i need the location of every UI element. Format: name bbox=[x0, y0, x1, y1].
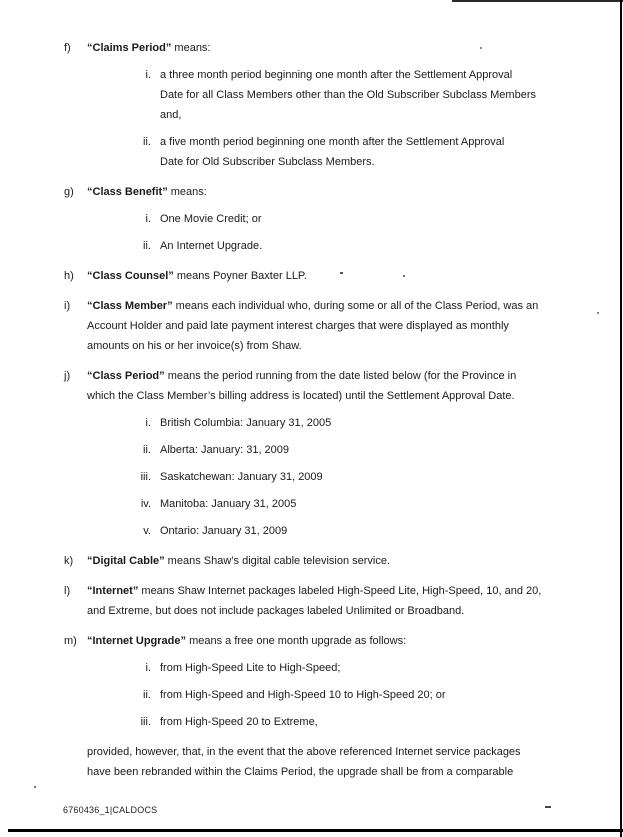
sub-item-text: An Internet Upgrade. bbox=[160, 236, 262, 256]
item-label: k) bbox=[64, 551, 87, 571]
sub-item: i. British Columbia: January 31, 2005 bbox=[87, 413, 607, 433]
sub-item-text: Ontario: January 31, 2009 bbox=[160, 521, 287, 541]
definition-item-f: f) “Claims Period” means: i. a three mon… bbox=[0, 38, 623, 172]
sub-item-numeral: ii. bbox=[87, 685, 151, 705]
sub-item: i. from High-Speed Lite to High-Speed; bbox=[87, 658, 607, 678]
item-label: h) bbox=[64, 266, 87, 286]
scan-border-top bbox=[452, 0, 623, 2]
scan-border-bottom bbox=[8, 829, 623, 832]
item-label: g) bbox=[64, 182, 87, 256]
definition-item-m: m) “Internet Upgrade” means a free one m… bbox=[0, 631, 623, 782]
sub-item: iii. Saskatchewan: January 31, 2009 bbox=[87, 467, 607, 487]
sub-item-text: British Columbia: January 31, 2005 bbox=[160, 413, 331, 433]
definition-head: “Class Counsel” means Poyner Baxter LLP. bbox=[87, 266, 607, 286]
defined-term: “Class Counsel” bbox=[87, 270, 174, 282]
item-body: “Internet” means Shaw Internet packages … bbox=[87, 581, 607, 621]
definition-item-k: k) “Digital Cable” means Shaw’s digital … bbox=[0, 551, 623, 571]
sub-item-numeral: iv. bbox=[87, 494, 151, 514]
defined-term: “Class Member” bbox=[87, 300, 173, 312]
item-label: m) bbox=[64, 631, 87, 782]
defined-term: “Digital Cable” bbox=[87, 555, 165, 567]
sub-item-text: from High-Speed 20 to Extreme, bbox=[160, 712, 318, 732]
definition-item-i: i) “Class Member” means each individual … bbox=[0, 296, 623, 356]
sub-item-numeral: i. bbox=[87, 65, 151, 125]
sub-item: v. Ontario: January 31, 2009 bbox=[87, 521, 607, 541]
definition-head: “Class Member” means each individual who… bbox=[87, 296, 607, 356]
scanned-document-page: f) “Claims Period” means: i. a three mon… bbox=[0, 0, 623, 837]
item-body: “Class Benefit” means: i. One Movie Cred… bbox=[87, 182, 607, 256]
sub-item: ii. from High-Speed and High-Speed 10 to… bbox=[87, 685, 607, 705]
item-label: l) bbox=[64, 581, 87, 621]
sub-item-text: a five month period beginning one month … bbox=[160, 132, 504, 172]
item-body: “Class Member” means each individual who… bbox=[87, 296, 607, 356]
sub-item-numeral: ii. bbox=[87, 132, 151, 172]
sub-item: i. One Movie Credit; or bbox=[87, 209, 607, 229]
sub-item-numeral: i. bbox=[87, 209, 151, 229]
item-body: “Digital Cable” means Shaw’s digital cab… bbox=[87, 551, 607, 571]
item-body: “Class Period” means the period running … bbox=[87, 366, 607, 541]
sub-item-text: a three month period beginning one month… bbox=[160, 65, 536, 125]
defined-term: “Class Benefit” bbox=[87, 186, 168, 198]
sub-item: iii. from High-Speed 20 to Extreme, bbox=[87, 712, 607, 732]
definition-text: means: bbox=[168, 186, 207, 198]
sub-item-text: from High-Speed Lite to High-Speed; bbox=[160, 658, 340, 678]
sub-item: ii. An Internet Upgrade. bbox=[87, 236, 607, 256]
defined-term: “Internet” bbox=[87, 585, 138, 597]
definition-head: “Internet” means Shaw Internet packages … bbox=[87, 581, 607, 621]
sub-item-text: Manitoba: January 31, 2005 bbox=[160, 494, 296, 514]
sub-item: i. a three month period beginning one mo… bbox=[87, 65, 607, 125]
scan-speck bbox=[480, 47, 482, 49]
scan-speck bbox=[597, 312, 599, 314]
defined-term: “Internet Upgrade” bbox=[87, 635, 186, 647]
sub-item-text: Saskatchewan: January 31, 2009 bbox=[160, 467, 323, 487]
definition-text: means a free one month upgrade as follow… bbox=[186, 635, 406, 647]
item-body: “Class Counsel” means Poyner Baxter LLP. bbox=[87, 266, 607, 286]
document-content: f) “Claims Period” means: i. a three mon… bbox=[0, 38, 623, 792]
definition-text: means Poyner Baxter LLP. bbox=[174, 270, 307, 282]
scan-speck bbox=[34, 786, 36, 788]
sub-item-numeral: iii. bbox=[87, 712, 151, 732]
sub-item-numeral: i. bbox=[87, 658, 151, 678]
item-body: “Internet Upgrade” means a free one mont… bbox=[87, 631, 607, 782]
sub-item: iv. Manitoba: January 31, 2005 bbox=[87, 494, 607, 514]
scan-speck bbox=[340, 272, 343, 274]
definition-head: “Claims Period” means: bbox=[87, 38, 607, 58]
definition-text: means Shaw’s digital cable television se… bbox=[165, 555, 390, 567]
definition-head: “Internet Upgrade” means a free one mont… bbox=[87, 631, 607, 651]
definition-head: “Digital Cable” means Shaw’s digital cab… bbox=[87, 551, 607, 571]
sub-item-numeral: iii. bbox=[87, 467, 151, 487]
definition-item-j: j) “Class Period” means the period runni… bbox=[0, 366, 623, 541]
definition-head: “Class Benefit” means: bbox=[87, 182, 607, 202]
sub-item-numeral: i. bbox=[87, 413, 151, 433]
sub-item: ii. a five month period beginning one mo… bbox=[87, 132, 607, 172]
scan-border-right bbox=[620, 0, 622, 837]
definition-item-h: h) “Class Counsel” means Poyner Baxter L… bbox=[0, 266, 623, 286]
definition-text: means Shaw Internet packages labeled Hig… bbox=[87, 585, 541, 617]
footer-document-id: 6760436_1|CALDOCS bbox=[63, 804, 157, 816]
item-label: j) bbox=[64, 366, 87, 541]
sub-item-numeral: ii. bbox=[87, 236, 151, 256]
definition-head: “Class Period” means the period running … bbox=[87, 366, 607, 406]
sub-item-numeral: ii. bbox=[87, 440, 151, 460]
defined-term: “Class Period” bbox=[87, 370, 165, 382]
definition-text: means: bbox=[171, 42, 210, 54]
sub-item-text: One Movie Credit; or bbox=[160, 209, 261, 229]
scan-speck bbox=[403, 275, 405, 277]
definition-item-l: l) “Internet” means Shaw Internet packag… bbox=[0, 581, 623, 621]
definition-item-g: g) “Class Benefit” means: i. One Movie C… bbox=[0, 182, 623, 256]
scan-speck bbox=[545, 806, 551, 808]
sub-item-numeral: v. bbox=[87, 521, 151, 541]
defined-term: “Claims Period” bbox=[87, 42, 171, 54]
sub-item: ii. Alberta: January: 31, 2009 bbox=[87, 440, 607, 460]
sub-item-text: from High-Speed and High-Speed 10 to Hig… bbox=[160, 685, 446, 705]
item-label: f) bbox=[64, 38, 87, 172]
sub-item-text: Alberta: January: 31, 2009 bbox=[160, 440, 289, 460]
item-body: “Claims Period” means: i. a three month … bbox=[87, 38, 607, 172]
proviso-paragraph: provided, however, that, in the event th… bbox=[87, 742, 607, 782]
item-label: i) bbox=[64, 296, 87, 356]
